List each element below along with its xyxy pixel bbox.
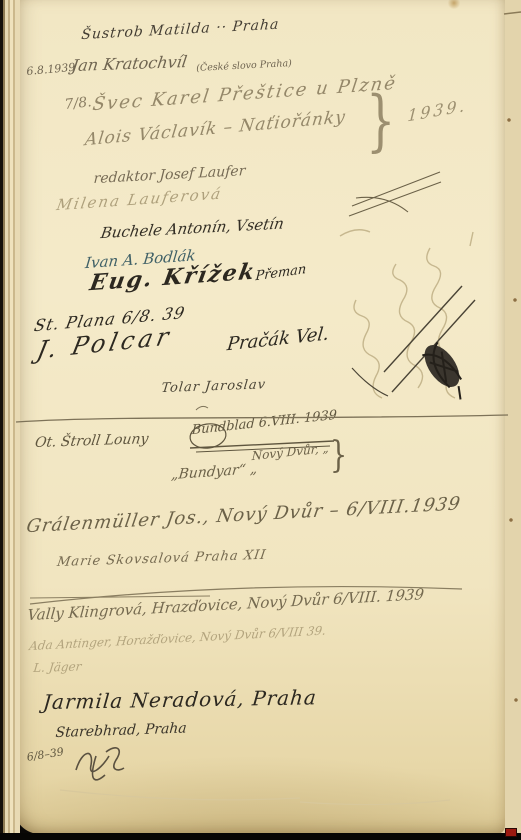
table-surface-bottom: [0, 833, 521, 840]
brace-large: }: [366, 88, 395, 154]
book-binding-left: [0, 0, 20, 834]
signature-entry-27: Jarmila Neradová, Praha: [42, 687, 318, 712]
brace-small: }: [330, 438, 347, 474]
signature-entry-26: L. Jäger: [33, 660, 82, 674]
scanned-guestbook-page: Šustrob Matilda ·· Praha 6.8.1939 Jan Kr…: [0, 0, 521, 840]
red-corner-mark: [505, 828, 517, 837]
signature-entry-18: Ot. Štroll Louny: [34, 432, 149, 450]
signature-entry-2: Jan Kratochvíl: [71, 54, 188, 74]
signature-entry-17: Tolar Jaroslav: [161, 378, 267, 395]
signature-entry-4: 7/8.: [64, 95, 92, 112]
